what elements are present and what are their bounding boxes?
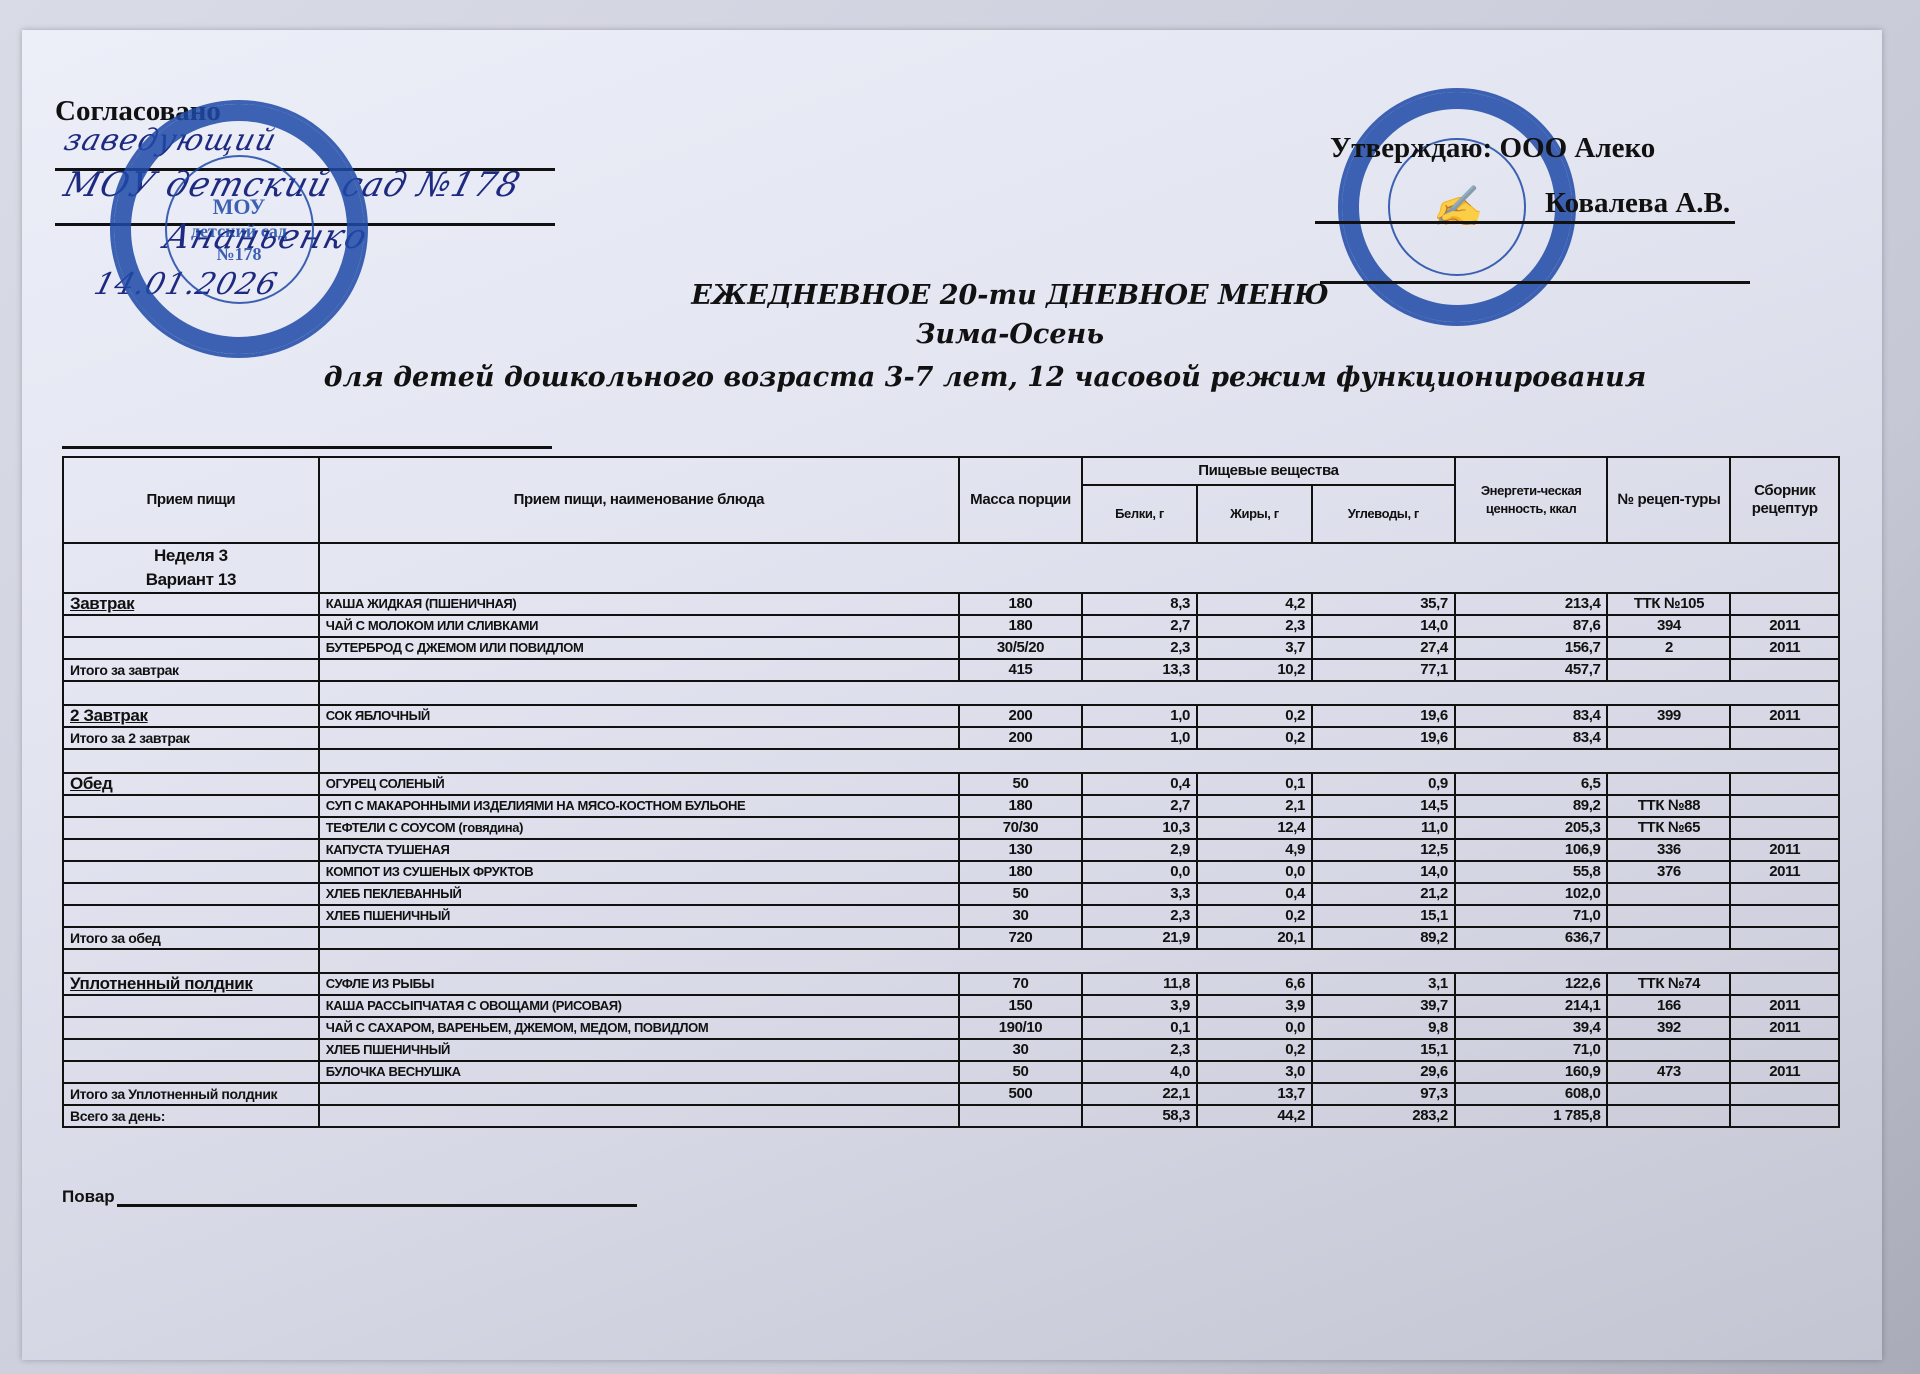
total-energy: 457,7 [1455, 659, 1608, 681]
empty-cell [63, 949, 319, 973]
week-label: Неделя 3 [70, 544, 312, 568]
table-row: 2 ЗавтракСОК ЯБЛОЧНЫЙ2001,00,219,683,439… [63, 705, 1839, 727]
total-fat: 10,2 [1197, 659, 1312, 681]
fat-value: 4,2 [1197, 593, 1312, 615]
recipe-collection: 2011 [1730, 839, 1839, 861]
total-row: Итого за обед72021,920,189,2636,7 [63, 927, 1839, 949]
portion-mass: 180 [959, 861, 1082, 883]
recipe-collection [1730, 973, 1839, 995]
header-collection: Сборник рецептур [1730, 457, 1839, 543]
empty-cell [1730, 927, 1839, 949]
variant-label: Вариант 13 [70, 568, 312, 592]
table-row: ЧАЙ С САХАРОМ, ВАРЕНЬЕМ, ДЖЕМОМ, МЕДОМ, … [63, 1017, 1839, 1039]
total-label: Итого за 2 завтрак [63, 727, 319, 749]
stamp-text: МОУ [213, 193, 266, 221]
dish-name: КАША РАССЫПЧАТАЯ С ОВОЩАМИ (РИСОВАЯ) [319, 995, 959, 1017]
total-protein: 21,9 [1082, 927, 1197, 949]
cook-label: Повар [62, 1187, 115, 1207]
carbs-value: 11,0 [1312, 817, 1455, 839]
empty-cell [63, 637, 319, 659]
dish-name: ЧАЙ С САХАРОМ, ВАРЕНЬЕМ, ДЖЕМОМ, МЕДОМ, … [319, 1017, 959, 1039]
total-label: Итого за Уплотненный полдник [63, 1083, 319, 1105]
carbs-value: 15,1 [1312, 905, 1455, 927]
stamp-text: детский сад [191, 220, 287, 243]
spacer-row [63, 949, 1839, 973]
empty-cell [319, 927, 959, 949]
carbs-value: 39,7 [1312, 995, 1455, 1017]
total-fat: 13,7 [1197, 1083, 1312, 1105]
carbs-value: 35,7 [1312, 593, 1455, 615]
spacer-row [63, 749, 1839, 773]
carbs-value: 19,6 [1312, 705, 1455, 727]
protein-value: 3,9 [1082, 995, 1197, 1017]
energy-value: 213,4 [1455, 593, 1608, 615]
energy-value: 102,0 [1455, 883, 1608, 905]
total-row: Итого за завтрак41513,310,277,1457,7 [63, 659, 1839, 681]
dish-name: СУП С МАКАРОННЫМИ ИЗДЕЛИЯМИ НА МЯСО-КОСТ… [319, 795, 959, 817]
day-total-protein: 58,3 [1082, 1105, 1197, 1127]
energy-value: 89,2 [1455, 795, 1608, 817]
table-row: СУП С МАКАРОННЫМИ ИЗДЕЛИЯМИ НА МЯСО-КОСТ… [63, 795, 1839, 817]
energy-value: 39,4 [1455, 1017, 1608, 1039]
header-carbs: Углеводы, г [1312, 485, 1455, 543]
dish-name: ОГУРЕЦ СОЛЕНЫЙ [319, 773, 959, 795]
empty-cell [63, 883, 319, 905]
empty-cell [63, 995, 319, 1017]
meal-name: Обед [63, 773, 319, 795]
empty-cell [1607, 659, 1730, 681]
fat-value: 3,7 [1197, 637, 1312, 659]
recipe-collection: 2011 [1730, 995, 1839, 1017]
total-energy: 608,0 [1455, 1083, 1608, 1105]
recipe-collection [1730, 883, 1839, 905]
header-nutrients: Пищевые вещества [1082, 457, 1455, 485]
recipe-number: 376 [1607, 861, 1730, 883]
total-label: Итого за обед [63, 927, 319, 949]
empty-cell [959, 1105, 1082, 1127]
divider [62, 446, 552, 449]
table-row: КАША РАССЫПЧАТАЯ С ОВОЩАМИ (РИСОВАЯ)1503… [63, 995, 1839, 1017]
meal-name: 2 Завтрак [63, 705, 319, 727]
meal-label: 2 Завтрак [70, 706, 148, 725]
empty-cell [63, 861, 319, 883]
protein-value: 2,7 [1082, 795, 1197, 817]
header-protein: Белки, г [1082, 485, 1197, 543]
empty-cell [1730, 727, 1839, 749]
fat-value: 0,2 [1197, 905, 1312, 927]
recipe-collection [1730, 1039, 1839, 1061]
total-fat: 20,1 [1197, 927, 1312, 949]
empty-cell [1730, 1083, 1839, 1105]
fat-value: 12,4 [1197, 817, 1312, 839]
total-mass: 200 [959, 727, 1082, 749]
empty-cell [63, 615, 319, 637]
dish-name: ХЛЕБ ПЕКЛЕВАННЫЙ [319, 883, 959, 905]
protein-value: 11,8 [1082, 973, 1197, 995]
empty-cell [1730, 1105, 1839, 1127]
total-mass: 415 [959, 659, 1082, 681]
total-row: Итого за 2 завтрак2001,00,219,683,4 [63, 727, 1839, 749]
total-protein: 13,3 [1082, 659, 1197, 681]
dish-name: КОМПОТ ИЗ СУШЕНЫХ ФРУКТОВ [319, 861, 959, 883]
meal-label: Завтрак [70, 594, 134, 613]
day-total-label: Всего за день: [63, 1105, 319, 1127]
week-variant-cell: Неделя 3 Вариант 13 [63, 543, 319, 593]
fat-value: 0,4 [1197, 883, 1312, 905]
header-fat: Жиры, г [1197, 485, 1312, 543]
dish-name: КАША ЖИДКАЯ (ПШЕНИЧНАЯ) [319, 593, 959, 615]
recipe-number: 2 [1607, 637, 1730, 659]
empty-cell [1730, 659, 1839, 681]
fat-value: 3,0 [1197, 1061, 1312, 1083]
total-protein: 22,1 [1082, 1083, 1197, 1105]
footer: Повар [62, 1187, 637, 1207]
carbs-value: 14,5 [1312, 795, 1455, 817]
empty-cell [319, 681, 1839, 705]
carbs-value: 3,1 [1312, 973, 1455, 995]
empty-cell [319, 1105, 959, 1127]
portion-mass: 190/10 [959, 1017, 1082, 1039]
document-title: ЕЖЕДНЕВНОЕ 20-ти ДНЕВНОЕ МЕНЮ [100, 280, 1920, 311]
empty-cell [1607, 1083, 1730, 1105]
empty-cell [319, 727, 959, 749]
portion-mass: 50 [959, 773, 1082, 795]
carbs-value: 14,0 [1312, 861, 1455, 883]
recipe-collection: 2011 [1730, 1017, 1839, 1039]
recipe-number: ТТК №74 [1607, 973, 1730, 995]
total-label: Итого за завтрак [63, 659, 319, 681]
meal-label: Уплотненный полдник [70, 974, 252, 993]
day-total-carbs: 283,2 [1312, 1105, 1455, 1127]
total-fat: 0,2 [1197, 727, 1312, 749]
protein-value: 2,9 [1082, 839, 1197, 861]
carbs-value: 14,0 [1312, 615, 1455, 637]
empty-cell [319, 659, 959, 681]
dish-name: ХЛЕБ ПШЕНИЧНЫЙ [319, 905, 959, 927]
day-total-row: Всего за день:58,344,2283,21 785,8 [63, 1105, 1839, 1127]
table-row: КОМПОТ ИЗ СУШЕНЫХ ФРУКТОВ1800,00,014,055… [63, 861, 1839, 883]
meal-name: Уплотненный полдник [63, 973, 319, 995]
protein-value: 0,4 [1082, 773, 1197, 795]
total-energy: 83,4 [1455, 727, 1608, 749]
empty-cell [1607, 1105, 1730, 1127]
protein-value: 0,0 [1082, 861, 1197, 883]
recipe-collection: 2011 [1730, 705, 1839, 727]
carbs-value: 15,1 [1312, 1039, 1455, 1061]
energy-value: 156,7 [1455, 637, 1608, 659]
energy-value: 71,0 [1455, 905, 1608, 927]
empty-cell [319, 1083, 959, 1105]
empty-cell [63, 795, 319, 817]
empty-cell [63, 749, 319, 773]
carbs-value: 12,5 [1312, 839, 1455, 861]
fat-value: 2,1 [1197, 795, 1312, 817]
recipe-collection [1730, 773, 1839, 795]
portion-mass: 70/30 [959, 817, 1082, 839]
portion-mass: 30 [959, 905, 1082, 927]
protein-value: 10,3 [1082, 817, 1197, 839]
approver-name: Ковалева А.В. [1545, 187, 1730, 220]
recipe-collection: 2011 [1730, 1061, 1839, 1083]
portion-mass: 150 [959, 995, 1082, 1017]
dish-name: ХЛЕБ ПШЕНИЧНЫЙ [319, 1039, 959, 1061]
dish-name: ЧАЙ С МОЛОКОМ ИЛИ СЛИВКАМИ [319, 615, 959, 637]
fat-value: 0,0 [1197, 1017, 1312, 1039]
table-row: КАПУСТА ТУШЕНАЯ1302,94,912,5106,93362011 [63, 839, 1839, 861]
season-title: Зима-Осень [100, 319, 1920, 350]
empty-cell [63, 817, 319, 839]
fat-value: 6,6 [1197, 973, 1312, 995]
dish-name: ТЕФТЕЛИ С СОУСОМ (говядина) [319, 817, 959, 839]
protein-value: 2,3 [1082, 637, 1197, 659]
energy-value: 160,9 [1455, 1061, 1608, 1083]
protein-value: 8,3 [1082, 593, 1197, 615]
total-carbs: 97,3 [1312, 1083, 1455, 1105]
document-titles: ЕЖЕДНЕВНОЕ 20-ти ДНЕВНОЕ МЕНЮ Зима-Осень… [0, 280, 1920, 393]
table-row: ХЛЕБ ПШЕНИЧНЫЙ302,30,215,171,0 [63, 1039, 1839, 1061]
recipe-collection [1730, 593, 1839, 615]
carbs-value: 9,8 [1312, 1017, 1455, 1039]
energy-value: 87,6 [1455, 615, 1608, 637]
spacer-row [63, 681, 1839, 705]
recipe-number: 394 [1607, 615, 1730, 637]
dish-name: СУФЛЕ ИЗ РЫБЫ [319, 973, 959, 995]
energy-value: 122,6 [1455, 973, 1608, 995]
recipe-number: ТТК №105 [1607, 593, 1730, 615]
fat-value: 2,3 [1197, 615, 1312, 637]
protein-value: 2,3 [1082, 1039, 1197, 1061]
protein-value: 4,0 [1082, 1061, 1197, 1083]
header-mass: Масса порции [959, 457, 1082, 543]
total-protein: 1,0 [1082, 727, 1197, 749]
dish-name: БУТЕРБРОД С ДЖЕМОМ ИЛИ ПОВИДЛОМ [319, 637, 959, 659]
dish-name: БУЛОЧКА ВЕСНУШКА [319, 1061, 959, 1083]
menu-table-body: Неделя 3 Вариант 13 ЗавтракКАША ЖИДКАЯ (… [63, 543, 1839, 1127]
empty-cell [63, 1061, 319, 1083]
carbs-value: 27,4 [1312, 637, 1455, 659]
recipe-number: 336 [1607, 839, 1730, 861]
header-meal: Прием пищи [63, 457, 319, 543]
protein-value: 1,0 [1082, 705, 1197, 727]
recipe-number: 473 [1607, 1061, 1730, 1083]
signature-line [1315, 221, 1735, 224]
empty-cell [63, 1017, 319, 1039]
meal-label: Обед [70, 774, 112, 793]
recipe-number [1607, 773, 1730, 795]
total-mass: 500 [959, 1083, 1082, 1105]
energy-value: 106,9 [1455, 839, 1608, 861]
portion-mass: 130 [959, 839, 1082, 861]
recipe-collection: 2011 [1730, 615, 1839, 637]
energy-value: 205,3 [1455, 817, 1608, 839]
table-row: Уплотненный полдникСУФЛЕ ИЗ РЫБЫ7011,86,… [63, 973, 1839, 995]
meal-name: Завтрак [63, 593, 319, 615]
protein-value: 2,3 [1082, 905, 1197, 927]
recipe-collection: 2011 [1730, 637, 1839, 659]
header-energy: Энергети-ческая ценность, ккал [1455, 457, 1608, 543]
recipe-number: ТТК №88 [1607, 795, 1730, 817]
portion-mass: 30 [959, 1039, 1082, 1061]
fat-value: 0,2 [1197, 1039, 1312, 1061]
dish-name: СОК ЯБЛОЧНЫЙ [319, 705, 959, 727]
recipe-collection: 2011 [1730, 861, 1839, 883]
empty-cell [319, 749, 1839, 773]
energy-value: 71,0 [1455, 1039, 1608, 1061]
empty-cell [63, 681, 319, 705]
cook-signature-line [117, 1190, 637, 1207]
total-carbs: 77,1 [1312, 659, 1455, 681]
recipe-collection [1730, 795, 1839, 817]
carbs-value: 21,2 [1312, 883, 1455, 905]
stamp-text: №178 [216, 243, 261, 266]
dish-name: КАПУСТА ТУШЕНАЯ [319, 839, 959, 861]
energy-value: 55,8 [1455, 861, 1608, 883]
energy-value: 83,4 [1455, 705, 1608, 727]
fat-value: 4,9 [1197, 839, 1312, 861]
recipe-number: 392 [1607, 1017, 1730, 1039]
empty-cell [319, 543, 1839, 593]
fat-value: 0,2 [1197, 705, 1312, 727]
total-row: Итого за Уплотненный полдник50022,113,79… [63, 1083, 1839, 1105]
total-energy: 636,7 [1455, 927, 1608, 949]
portion-mass: 180 [959, 615, 1082, 637]
protein-value: 0,1 [1082, 1017, 1197, 1039]
protein-value: 2,7 [1082, 615, 1197, 637]
portion-mass: 70 [959, 973, 1082, 995]
empty-cell [1607, 927, 1730, 949]
empty-cell [1607, 727, 1730, 749]
portion-mass: 180 [959, 593, 1082, 615]
menu-table: Прием пищи Прием пищи, наименование блюд… [62, 456, 1840, 1128]
table-row: БУЛОЧКА ВЕСНУШКА504,03,029,6160,94732011 [63, 1061, 1839, 1083]
day-total-energy: 1 785,8 [1455, 1105, 1608, 1127]
empty-cell [319, 949, 1839, 973]
protein-value: 3,3 [1082, 883, 1197, 905]
table-row: ХЛЕБ ПШЕНИЧНЫЙ302,30,215,171,0 [63, 905, 1839, 927]
empty-cell [63, 905, 319, 927]
header-recipe-no: № рецеп-туры [1607, 457, 1730, 543]
table-row: ТЕФТЕЛИ С СОУСОМ (говядина)70/3010,312,4… [63, 817, 1839, 839]
approval-right: Утверждаю: ООО Алеко Ковалева А.В. [1330, 132, 1750, 284]
fat-value: 0,1 [1197, 773, 1312, 795]
recipe-number [1607, 1039, 1730, 1061]
energy-value: 214,1 [1455, 995, 1608, 1017]
total-carbs: 89,2 [1312, 927, 1455, 949]
fat-value: 0,0 [1197, 861, 1312, 883]
day-total-fat: 44,2 [1197, 1105, 1312, 1127]
total-carbs: 19,6 [1312, 727, 1455, 749]
recipe-number: 166 [1607, 995, 1730, 1017]
empty-cell [63, 839, 319, 861]
approval-right-label: Утверждаю: ООО Алеко [1330, 132, 1750, 165]
header-dish: Прием пищи, наименование блюда [319, 457, 959, 543]
portion-mass: 50 [959, 1061, 1082, 1083]
recipe-collection [1730, 817, 1839, 839]
recipe-collection [1730, 905, 1839, 927]
recipe-number [1607, 883, 1730, 905]
table-row: ЧАЙ С МОЛОКОМ ИЛИ СЛИВКАМИ1802,72,314,08… [63, 615, 1839, 637]
document-subtitle: для детей дошкольного возраста 3-7 лет, … [50, 362, 1920, 393]
carbs-value: 29,6 [1312, 1061, 1455, 1083]
recipe-number: ТТК №65 [1607, 817, 1730, 839]
fat-value: 3,9 [1197, 995, 1312, 1017]
table-row: ОбедОГУРЕЦ СОЛЕНЫЙ500,40,10,96,5 [63, 773, 1839, 795]
table-row: ХЛЕБ ПЕКЛЕВАННЫЙ503,30,421,2102,0 [63, 883, 1839, 905]
empty-cell [63, 1039, 319, 1061]
table-row: БУТЕРБРОД С ДЖЕМОМ ИЛИ ПОВИДЛОМ30/5/202,… [63, 637, 1839, 659]
portion-mass: 180 [959, 795, 1082, 817]
portion-mass: 30/5/20 [959, 637, 1082, 659]
recipe-number: 399 [1607, 705, 1730, 727]
table-row: ЗавтракКАША ЖИДКАЯ (ПШЕНИЧНАЯ)1808,34,23… [63, 593, 1839, 615]
portion-mass: 200 [959, 705, 1082, 727]
recipe-number [1607, 905, 1730, 927]
portion-mass: 50 [959, 883, 1082, 905]
total-mass: 720 [959, 927, 1082, 949]
carbs-value: 0,9 [1312, 773, 1455, 795]
energy-value: 6,5 [1455, 773, 1608, 795]
